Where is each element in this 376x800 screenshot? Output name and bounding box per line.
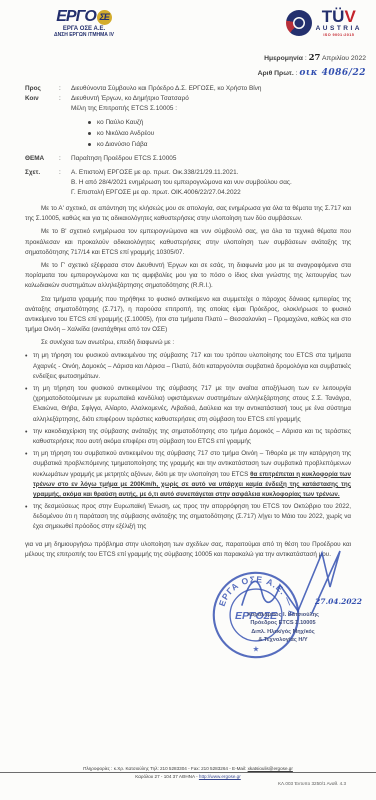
date-line: Ημερομηνία : 27 Απριλίου 2022 xyxy=(0,52,366,66)
recipients-block: Προς : Διευθύνοντα Σύμβουλο και Πρόεδρο … xyxy=(0,84,376,114)
letterhead: ΕΡΓΟ ΣΕ ΕΡΓΑ ΟΣΕ Α.Ε. ΔΝΣΗ ΕΡΓΩΝ /ΤΜΗΜΑ … xyxy=(0,0,376,38)
subject-block: ΘΕΜΑ : Παραίτηση Προέδρου ETCS Σ.10005 xyxy=(0,154,376,164)
committee-members-list: κο Παύλο Καυζή κο Νικόλαο Ανδρέου κο Διο… xyxy=(0,117,376,151)
ergose-logo-disc-icon: ΣΕ xyxy=(97,10,112,25)
tuv-iso-label: ISO 9001:2015 xyxy=(323,33,354,37)
footer-url: http://www.ergose.gr xyxy=(199,774,241,779)
references-label: Σχετ. xyxy=(25,168,55,198)
subject-label: ΘΕΜΑ xyxy=(25,154,55,164)
footer-address-line: Καρόλου 27 - 104 37 ΑΘΗΝΑ - http://www.e… xyxy=(0,774,376,779)
tuv-wordmark: TÜV xyxy=(322,9,356,24)
protocol-line: Αριθ Πρωτ. : οικ 4086/22 xyxy=(0,66,366,80)
letter-footer: Πληροφορίες : κ.Χρ. Κατσιούλης Τηλ: 210 … xyxy=(0,766,376,786)
colon: : xyxy=(59,168,67,198)
handwritten-protocol-number: οικ 4086/22 xyxy=(299,68,366,78)
to-label: Προς xyxy=(25,84,55,94)
paragraph: Με το Β' σχετικό ενημέρωσα τον εμπειρογν… xyxy=(25,227,351,258)
cc-value-2: Μέλη της Επιτροπής ETCS Σ.10005 : xyxy=(71,104,352,114)
footer-contact-line: Πληροφορίες : κ.Χρ. Κατσιούλης Τηλ: 210 … xyxy=(0,766,376,771)
list-item: κο Νικόλαο Ανδρέου xyxy=(88,128,352,139)
ergose-wordmark: ΕΡΓΟ xyxy=(56,9,96,25)
paragraph: Με το Γ' σχετικό εξέφρασα στον Διευθυντή… xyxy=(25,261,351,292)
cc-label: Κοιν xyxy=(25,94,55,104)
reference-item: Α. Επιστολή ΕΡΓΟΣΕ με αρ. πρωτ. Οικ.338/… xyxy=(71,168,352,178)
scanned-letter-page: ΕΡΓΟ ΣΕ ΕΡΓΑ ΟΣΕ Α.Ε. ΔΝΣΗ ΕΡΓΩΝ /ΤΜΗΜΑ … xyxy=(0,0,376,800)
cc-value: Διευθυντή Έργων, κο Δημήτριο Τσατσαρό xyxy=(71,94,352,104)
handwritten-stamp-date: 27.04.2022 xyxy=(315,597,362,606)
footer-form-code: ΚΛ.003 Έντυπο 3250/1 Αναθ. 4.3 xyxy=(0,781,376,786)
tuv-austria-logo: TÜV AUSTRIA ISO 9001:2015 xyxy=(286,9,362,37)
signatory-degree-2: & Τεχνολογίας Η/Υ xyxy=(218,636,348,644)
to-value: Διευθύνοντα Σύμβουλο και Πρόεδρο Δ.Σ. ΕΡ… xyxy=(71,84,352,94)
ergose-logo: ΕΡΓΟ ΣΕ ΕΡΓΑ ΟΣΕ Α.Ε. ΔΝΣΗ ΕΡΓΩΝ /ΤΜΗΜΑ … xyxy=(54,9,114,38)
paragraph: Με το Α' σχετικό, σε απάντηση της κλήσεώ… xyxy=(25,204,351,224)
footer-divider xyxy=(0,772,376,773)
date-protocol-block: Ημερομηνία : 27 Απριλίου 2022 Αριθ Πρωτ.… xyxy=(0,52,366,80)
reference-item: Β. Η από 28/4/2021 ενημέρωση του εμπειρο… xyxy=(71,178,352,188)
footer-email: xkatsioulis@ergose.gr xyxy=(248,766,293,771)
paragraph: Στα τμήματα γραμμής που τηρήθηκε το φυσι… xyxy=(25,295,351,336)
list-item: κο Παύλο Καυζή xyxy=(88,117,352,128)
list-item: τη μη τήρηση του φυσικού αντικειμένου τη… xyxy=(25,384,351,425)
signatory-role: Πρόεδρος ETCS Σ.10005 xyxy=(218,619,348,627)
ergose-department-line: ΔΝΣΗ ΕΡΓΩΝ /ΤΜΗΜΑ IV xyxy=(54,32,114,38)
letter-body: Με το Α' σχετικό, σε απάντηση της κλήσεώ… xyxy=(0,198,376,560)
colon: : xyxy=(59,154,67,164)
colon: : xyxy=(59,84,67,94)
signatory-block: Χαράλαμπος Ι. Κατσιούλης Πρόεδρος ETCS Σ… xyxy=(218,611,348,645)
handwritten-day: 27 xyxy=(309,53,321,63)
signatory-degree: Διπλ. Ηλεκ/γός Μηχ/κός xyxy=(218,628,348,636)
list-item: την κακοδιαχείριση της σύμβασης ανάταξης… xyxy=(25,427,351,447)
signature-area: ΕΡΓΑ ΟΣΕ Α.Ε. — ΑΘΗΝΑ ΕΡΓΟΣΕ ★ 27.04.202… xyxy=(0,563,376,671)
list-item: τη μη τήρηση του φυσικού αντικειμένου τη… xyxy=(25,351,351,382)
references-list: Α. Επιστολή ΕΡΓΟΣΕ με αρ. πρωτ. Οικ.338/… xyxy=(71,168,352,198)
disagreement-bullet-list: τη μη τήρηση του φυσικού αντικειμένου τη… xyxy=(25,351,351,532)
list-item: τη μη τήρηση του συμβατικού αντικειμένου… xyxy=(25,449,351,500)
tuv-cert-badge-icon xyxy=(286,10,312,36)
svg-text:★: ★ xyxy=(253,645,260,654)
list-item: κο Διονύσιο Γιάβα xyxy=(88,139,352,150)
list-item: της δεσμεύσεως προς στην Ευρωπαϊκή Ένωση… xyxy=(25,502,351,533)
references-block: Σχετ. : Α. Επιστολή ΕΡΓΟΣΕ με αρ. πρωτ. … xyxy=(0,168,376,198)
tuv-country-label: AUSTRIA xyxy=(316,25,362,32)
subject-value: Παραίτηση Προέδρου ETCS Σ.10005 xyxy=(71,154,352,164)
colon: : xyxy=(59,94,67,104)
paragraph: Σε συνέχεια των ανωτέρω, επειδή διαφωνώ … xyxy=(25,338,351,348)
signatory-name: Χαράλαμπος Ι. Κατσιούλης xyxy=(218,611,348,619)
reference-item: Γ. Επιστολή ΕΡΓΟΣΕ με αρ. πρωτ. ΟΙΚ.4006… xyxy=(71,188,352,198)
